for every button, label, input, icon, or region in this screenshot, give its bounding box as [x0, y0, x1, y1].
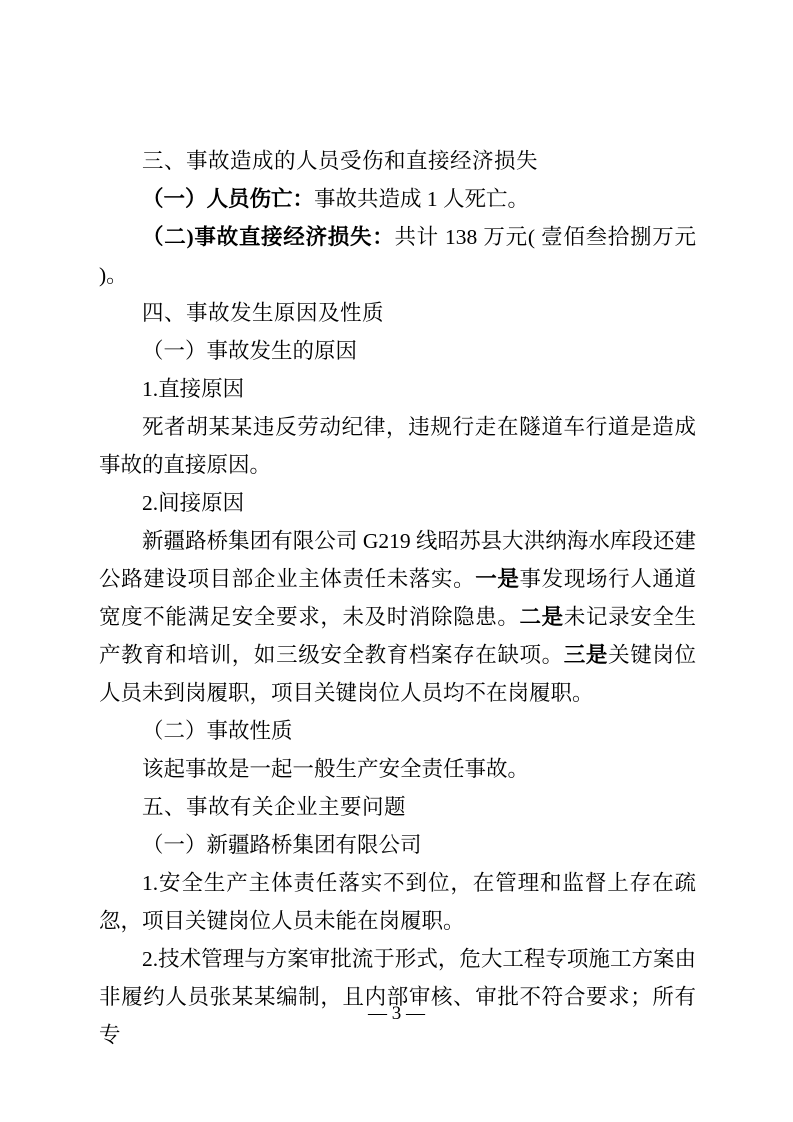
page-footer: — 3 —	[0, 1000, 793, 1028]
section-4-sub-1-heading: （一）事故发生的原因	[99, 332, 696, 370]
accident-nature-paragraph: 该起事故是一起一般生产安全责任事故。	[99, 750, 696, 788]
casualties-text: 事故共造成 1 人死亡。	[314, 187, 529, 211]
direct-cause-paragraph: 死者胡某某违反劳动纪律，违规行走在隧道车行道是造成事故的直接原因。	[99, 408, 696, 484]
casualties-paragraph: （一）人员伤亡：事故共造成 1 人死亡。	[99, 180, 696, 218]
indirect-point-1-label: 一是	[475, 567, 519, 591]
direct-cause-heading: 1.直接原因	[99, 370, 696, 408]
company-problem-1-paragraph: 1.安全生产主体责任落实不到位，在管理和监督上存在疏忽，项目关键岗位人员未能在岗…	[99, 864, 696, 940]
page-number: — 3 —	[368, 1003, 425, 1024]
indirect-point-2-label: 二是	[520, 605, 564, 629]
document-page: 三、事故造成的人员受伤和直接经济损失 （一）人员伤亡：事故共造成 1 人死亡。 …	[0, 0, 793, 1122]
economic-loss-paragraph: （二)事故直接经济损失：共计 138 万元( 壹佰叁拾捌万元 )。	[99, 218, 696, 294]
company-problem-2-paragraph: 2.技术管理与方案审批流于形式，危大工程专项施工方案由非履约人员张某某编制，且内…	[99, 940, 696, 1054]
document-body: 三、事故造成的人员受伤和直接经济损失 （一）人员伤亡：事故共造成 1 人死亡。 …	[99, 142, 696, 1054]
section-4-heading: 四、事故发生原因及性质	[99, 294, 696, 332]
economic-loss-label: （二)事故直接经济损失：	[142, 225, 394, 249]
casualties-label: （一）人员伤亡：	[142, 187, 314, 211]
indirect-cause-paragraph: 新疆路桥集团有限公司 G219 线昭苏县大洪纳海水库段还建公路建设项目部企业主体…	[99, 522, 696, 712]
indirect-point-3-label: 三是	[564, 643, 608, 667]
section-4-sub-2-heading: （二）事故性质	[99, 712, 696, 750]
section-5-heading: 五、事故有关企业主要问题	[99, 788, 696, 826]
section-3-heading: 三、事故造成的人员受伤和直接经济损失	[99, 142, 696, 180]
section-5-sub-1-heading: （一）新疆路桥集团有限公司	[99, 826, 696, 864]
indirect-cause-heading: 2.间接原因	[99, 484, 696, 522]
